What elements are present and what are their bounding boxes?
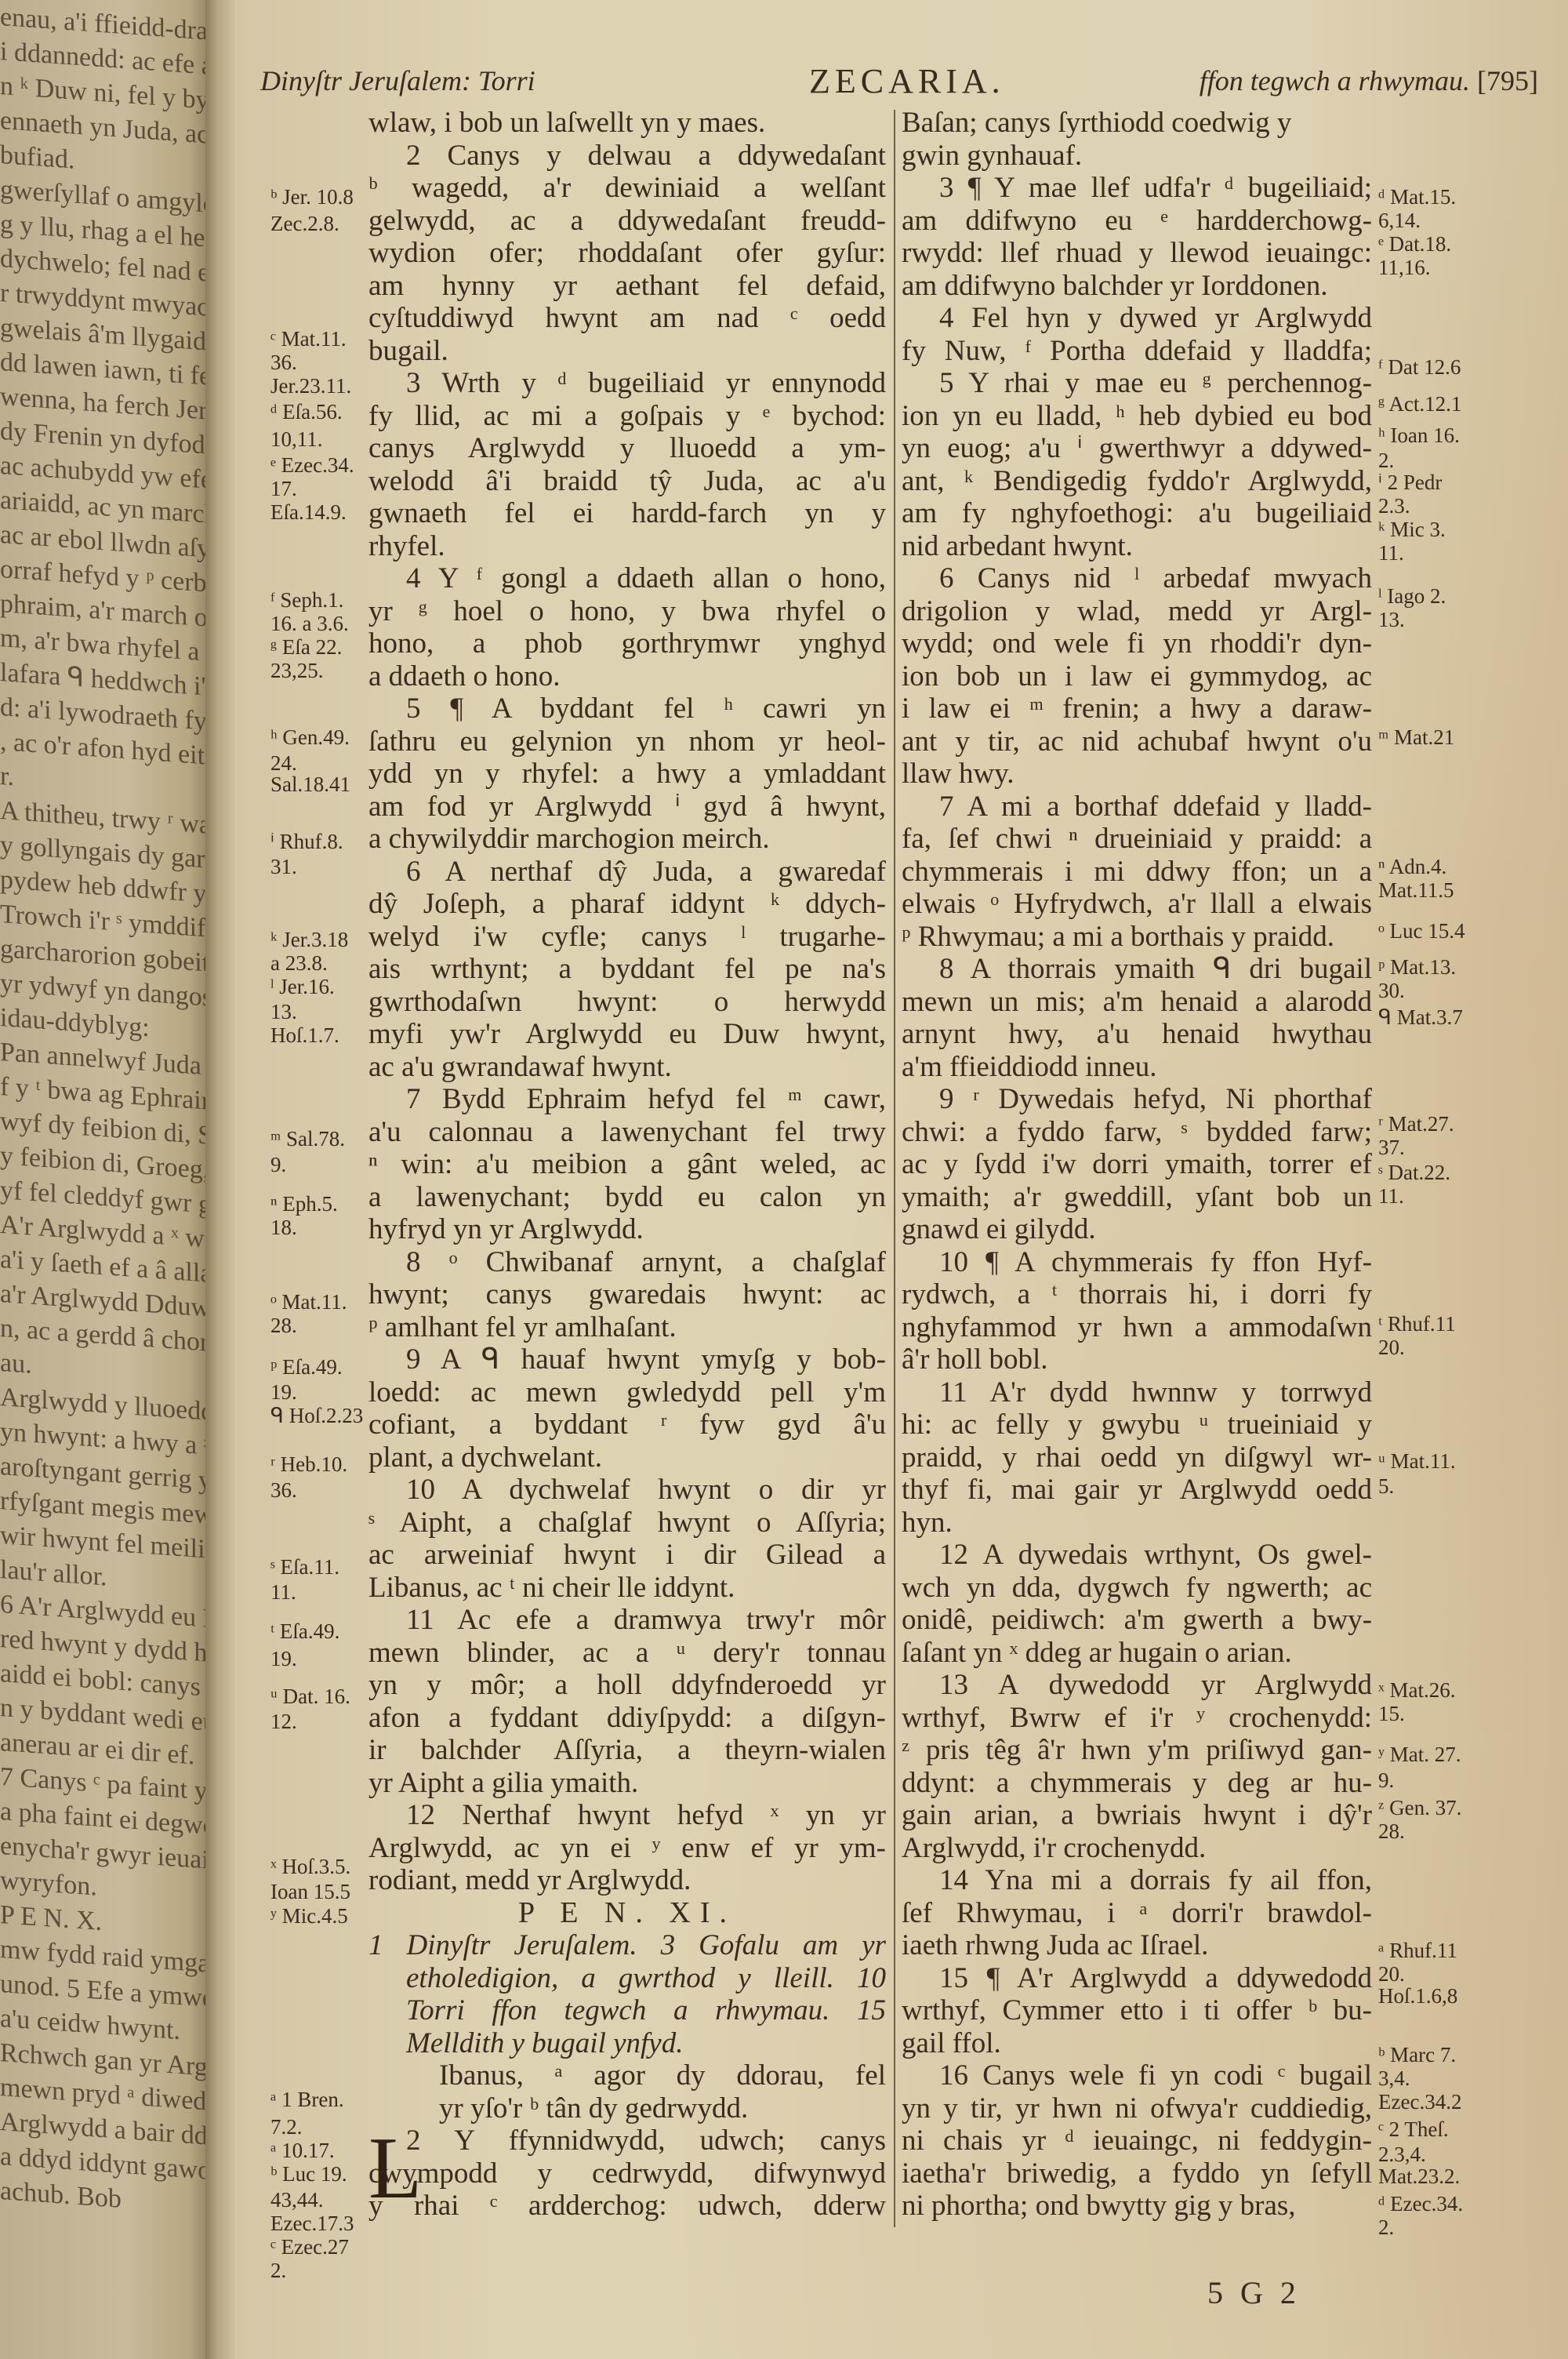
cross-reference: 15. (1378, 1702, 1405, 1725)
left-text-column: wlaw, i bob un laſwellt yn y maes.2 Cany… (368, 107, 886, 2223)
text-line: ymaith; a'r gweddill, yſant bob un (902, 1181, 1372, 1214)
cross-reference: ᵃ Rhuf.11 (1378, 1939, 1457, 1962)
text-line: 9 ʳ Dywedais hefyd, Ni phorthaf (902, 1083, 1372, 1116)
text-line: 12 A dywedais wrthynt, Os gwel- (902, 1539, 1372, 1572)
cross-reference: 37. (1378, 1136, 1405, 1159)
text-line: ant y tir, ac nid achubaf hwynt o'u (902, 725, 1372, 758)
text-line: plant, a dychwelant. (368, 1441, 886, 1474)
cross-reference: 5. (1378, 1474, 1394, 1498)
cross-reference: 43,44. (270, 2188, 324, 2212)
cross-reference: 2.3,4. (1378, 2143, 1426, 2166)
cross-reference: ᑫ Hoſ.2.23 (270, 1404, 363, 1427)
cross-reference: ᵍ Act.12.1 (1378, 392, 1461, 416)
text-line: 14 Yna mi a dorrais fy ail ffon, (902, 1864, 1372, 1897)
text-line: ᵇ wagedd, a'r dewiniaid a welſant (368, 172, 886, 205)
text-line: hyn. (902, 1507, 1372, 1539)
cross-reference: ᵃ 10.17. (270, 2139, 335, 2162)
text-line: gain arian, a bwriais hwynt i dŷ'r (902, 1799, 1372, 1832)
text-line: wydd; ond wele fi yn rhoddi'r dyn- (902, 627, 1372, 660)
text-line: ⁿ win: a'u meibion a gânt weled, ac (368, 1148, 886, 1181)
text-line: wrthyf, Cymmer etto i ti offer ᵇ bu- (902, 1994, 1372, 2027)
text-line: 4 Y ᶠ gongl a ddaeth allan o hono, (368, 562, 886, 595)
text-line: rhyfel. (368, 530, 886, 563)
text-line: gnawd ei gilydd. (902, 1213, 1372, 1246)
cross-reference: ᵃ 1 Bren. (270, 2088, 344, 2111)
text-line: am fy nghyfoethogi: a'u bugeiliaid (902, 497, 1372, 530)
cross-reference: 9. (270, 1153, 286, 1176)
text-line: etholedigion, a gwrthod y lleill. 10 (368, 1962, 886, 1995)
text-line: ant, ᵏ Bendigedig fyddo'r Arglwydd, (902, 465, 1372, 498)
text-line: 1 Dinyſtr Jeruſalem. 3 Gofalu am yr (368, 1929, 886, 1962)
text-line: 3 ¶ Y mae llef udfa'r ᵈ bugeiliaid; (902, 172, 1372, 205)
text-line: Baſan; canys ſyrthiodd coedwig y (902, 107, 1372, 140)
text-line: fa, ſef chwi ⁿ drueiniaid y praidd: a (902, 823, 1372, 856)
text-line: elwais ᵒ Hyfrydwch, a'r llall a elwais (902, 888, 1372, 921)
text-line: hwynt; canys gwaredais hwynt: ac (368, 1278, 886, 1311)
header-right-text: ffon tegwch a rhwymau. (1200, 65, 1470, 96)
text-line: y rhai ᶜ ardderchog: udwch, dderw (368, 2190, 886, 2223)
cross-reference: ᵒ Mat.11. (270, 1290, 347, 1314)
text-line: a chywilyddir marchogion meirch. (368, 823, 886, 856)
text-line: ddynt: a chymmerais y deg ar hu- (902, 1767, 1372, 1800)
cross-reference: 28. (270, 1314, 297, 1337)
text-line: loedd: ac mewn gwledydd pell y'm (368, 1376, 886, 1409)
cross-reference: 11,16. (1378, 256, 1431, 279)
cross-reference: 3,4. (1378, 2066, 1410, 2090)
text-line: chwi: a fyddo farw, ˢ bydded farw; (902, 1116, 1372, 1149)
cross-reference: ᵒ Luc 15.4 (1378, 919, 1465, 943)
text-line: gwnaeth fel ei hardd-farch yn y (368, 497, 886, 530)
text-line: Libanus, ac ᵗ ni cheir lle iddynt. (368, 1572, 886, 1605)
text-line: yn y môr; a holl ddyfnderoedd yr (368, 1669, 886, 1702)
cross-reference: ʰ Ioan 16. (1378, 423, 1460, 447)
text-line: 2 Y ffynnidwydd, udwch; canys (368, 2125, 886, 2157)
text-line: bugail. (368, 335, 886, 368)
text-line: yn y tir, yr hwn ni ofwya'r cuddiedig, (902, 2092, 1372, 2125)
text-line: iaetha'r briwedig, a fyddo yn ſefyll (902, 2157, 1372, 2190)
cross-reference: ᶠ Dat 12.6 (1378, 355, 1461, 379)
text-line: welyd i'w cyfle; canys ˡ trugarhe- (368, 921, 886, 954)
cross-reference: 11. (1378, 541, 1404, 565)
cross-reference: Ezec.34.2 (1378, 2090, 1461, 2114)
text-line: 10 A dychwelaf hwynt o dir yr (368, 1474, 886, 1507)
text-line: 6 Canys nid ˡ arbedaf mwyach (902, 562, 1372, 595)
cross-reference: 24. (270, 751, 297, 775)
text-line: a ddaeth o hono. (368, 660, 886, 693)
cross-reference: Hoſ.1.6,8 (1378, 1984, 1457, 2008)
cross-reference: 20. (1378, 1336, 1405, 1359)
cross-reference: Eſa.14.9. (270, 500, 347, 524)
cross-reference: 36. (270, 351, 297, 374)
cross-reference: 13. (1378, 608, 1405, 631)
text-line: 2 Canys y delwau a ddywedaſant (368, 140, 886, 173)
cross-reference: Ezec.17.3 (270, 2212, 354, 2235)
cross-reference: 7.2. (270, 2115, 303, 2139)
cross-reference: Hoſ.1.7. (270, 1023, 339, 1047)
text-line: am ddifwyno balchder yr Iorddonen. (902, 270, 1372, 303)
cross-reference: Jer.23.11. (270, 374, 351, 398)
cross-reference: ᶜ 2 Theſ. (1378, 2117, 1449, 2141)
text-line: cofiant, a byddant ʳ fyw gyd â'u (368, 1408, 886, 1441)
cross-reference: ˣ Hoſ.3.5. (270, 1855, 350, 1878)
text-line: 16 Canys wele fi yn codi ᶜ bugail (902, 2059, 1372, 2092)
cross-reference: 12. (270, 1710, 297, 1733)
drop-cap-initial: L (368, 2129, 422, 2208)
cross-reference: ᶠ Seph.1. (270, 588, 343, 612)
text-line: ſathru eu gelynion yn nhom yr heol- (368, 725, 886, 758)
cross-reference: ᵇ Marc 7. (1378, 2043, 1456, 2066)
text-line: chymmerais i mi ddwy ffon; un a (902, 856, 1372, 889)
text-line: a lawenychant; bydd eu calon yn (368, 1181, 886, 1214)
text-line: wlaw, i bob un laſwellt yn y maes. (368, 107, 886, 140)
text-line: hyfryd yn yr Arglwydd. (368, 1213, 886, 1246)
text-line: wrthyf, Bwrw ef i'r ʸ crochenydd: (902, 1702, 1372, 1735)
cross-reference: 16. a 3.6. (270, 612, 349, 635)
running-header: Dinyſtr Jeruſalem: Torri ZECARIA. ffon t… (260, 61, 1538, 108)
text-line: ais wrthynt; a byddant fel pe na's (368, 953, 886, 986)
text-line: gwin gynhauaf. (902, 140, 1372, 173)
text-line: 13 A dywedodd yr Arglwydd (902, 1669, 1372, 1702)
text-line: 5 Y rhai y mae eu ᵍ perchennog- (902, 367, 1372, 400)
book-gutter (205, 0, 237, 2359)
header-right-summary: ffon tegwch a rhwymau. [795] (1200, 64, 1538, 97)
text-line: wch yn dda, dygwch fy ngwerth; ac (902, 1572, 1372, 1605)
cross-reference: ᵘ Dat. 16. (270, 1685, 350, 1708)
text-line: praidd, y rhai oedd yn diſgwyl wr- (902, 1441, 1372, 1474)
text-line: mewn un mis; a'm henaid a alarodd (902, 986, 1372, 1019)
cross-reference: ᑫ Mat.3.7 (1378, 1005, 1463, 1029)
cross-reference: 2.3. (1378, 494, 1410, 518)
text-line: 10 ¶ A chymmerais fy ffon Hyf- (902, 1246, 1372, 1279)
cross-reference: 30. (1378, 979, 1405, 1002)
cross-reference: Zec.2.8. (270, 212, 339, 235)
cross-reference: ᵈ Mat.15. (1378, 185, 1456, 209)
cross-reference: 2. (270, 2259, 286, 2282)
cross-reference: 13. (270, 1000, 297, 1023)
cross-reference: 20. (1378, 1962, 1405, 1986)
text-line: 11 A'r dydd hwnnw y torrwyd (902, 1376, 1372, 1409)
cross-reference: ᶻ Gen. 37. (1378, 1796, 1461, 1819)
text-line: Arglwydd, ac yn ei ʸ enw ef yr ym- (368, 1832, 886, 1865)
cross-reference: ʳ Mat.27. (1378, 1112, 1454, 1136)
text-line: ac y ſydd i'w dorri ymaith, torrer ef (902, 1148, 1372, 1181)
text-line: a'u calonnau a lawenychant fel trwy (368, 1116, 886, 1149)
cross-reference: 23,25. (270, 659, 324, 682)
text-line: cyſtuddiwyd hwynt am nad ᶜ oedd (368, 302, 886, 335)
text-line: ir balchder Aſſyria, a theyrn-wialen (368, 1734, 886, 1767)
cross-reference: ᵏ Jer.3.18 (270, 928, 348, 951)
cross-reference: 11. (270, 1580, 296, 1604)
text-line: welodd â'i braidd tŷ Juda, ac a'u (368, 465, 886, 498)
text-line: ᵖ Rhwymau; a mi a borthais y praidd. (902, 921, 1372, 954)
text-line: dŷ Joſeph, a pharaf iddynt ᵏ ddych- (368, 888, 886, 921)
cross-reference: ⁱ Rhuf.8. (270, 830, 343, 853)
header-left-summary: Dinyſtr Jeruſalem: Torri (260, 64, 535, 97)
cross-reference: ᵈ Eſa.56. (270, 400, 343, 423)
cross-reference: ˣ Mat.26. (1378, 1678, 1456, 1702)
text-line: i law ei ᵐ frenin; a hwy a daraw- (902, 692, 1372, 725)
cross-reference: ᵗ Rhuf.11 (1378, 1312, 1456, 1336)
text-line: rwydd: llef rhuad y llewod ieuaingc: (902, 237, 1372, 270)
text-line: drigolion y wlad, medd yr Argl- (902, 595, 1372, 628)
text-line: afon a fyddant ddiyſpydd: a diſgyn- (368, 1702, 886, 1735)
text-line: ni phortha; ond bwytty gig y bras, (902, 2190, 1372, 2223)
text-line: ydd yn y rhyfel: a hwy a ymladdant (368, 758, 886, 791)
cross-reference: ᶜ Mat.11. (270, 327, 347, 351)
text-line: 5 ¶ A byddant fel ʰ cawri yn (368, 692, 886, 725)
text-line: yr Aipht a gilia ymaith. (368, 1767, 886, 1800)
cross-reference: 18. (270, 1216, 297, 1239)
text-line: 12 Nerthaf hwynt hefyd ˣ yn yr (368, 1799, 886, 1832)
cross-reference: ʸ Mic.4.5 (270, 1904, 348, 1928)
cross-reference: ʰ Gen.49. (270, 725, 350, 749)
text-line: 15 ¶ A'r Arglwydd a ddywedodd (902, 1962, 1372, 1995)
cross-reference: 36. (270, 1478, 297, 1502)
cross-reference: ⁿ Eph.5. (270, 1192, 338, 1216)
text-line: yn euog; a'u ⁱ gwerthwyr a ddywed- (902, 432, 1372, 465)
page-number: [795] (1477, 65, 1538, 96)
text-line: P E N. XI. (368, 1897, 886, 1930)
cross-reference: 9. (1378, 1768, 1394, 1792)
text-line: nid arbedant hwynt. (902, 530, 1372, 563)
cross-reference: ⁱ 2 Pedr (1378, 471, 1442, 494)
cross-reference: Mat.23.2. (1378, 2165, 1460, 2188)
text-line: am ddifwyno eu ᵉ hardderchowg- (902, 205, 1372, 238)
text-line: rydwch, a ᵗ thorrais hi, i dorri fy (902, 1278, 1372, 1311)
text-line: ion bob un i law ei gymmydog, ac (902, 660, 1372, 693)
cross-reference: 17. (270, 477, 297, 500)
cross-reference: ᵉ Dat.18. (1378, 232, 1451, 256)
text-line: nghyfammod yr hwn a ammodaſwn (902, 1311, 1372, 1344)
text-line: 7 Bydd Ephraim hefyd fel ᵐ cawr, (368, 1083, 886, 1116)
column-divider (894, 110, 895, 2227)
cross-reference: ᵏ Mic 3. (1378, 518, 1446, 541)
book-title: ZECARIA. (809, 61, 1005, 101)
text-line: hono, a phob gorthrymwr ynghyd (368, 627, 886, 660)
cross-reference: ⁿ Adn.4. (1378, 855, 1446, 878)
text-line: gail ffol. (902, 2027, 1372, 2060)
cross-reference: ˡ Jer.16. (270, 975, 335, 998)
cross-reference: ˢ Dat.22. (1378, 1161, 1450, 1184)
cross-reference: 28. (1378, 1819, 1405, 1843)
text-line: ˢ Aipht, a chaſglaf hwynt o Aſſyria; (368, 1507, 886, 1539)
cross-reference: 6,14. (1378, 209, 1421, 232)
cross-reference: 2. (1378, 2215, 1394, 2239)
text-line: ac arweiniaf hwynt i dir Gilead a (368, 1539, 886, 1572)
cross-reference: ᵍ Eſa 22. (270, 635, 342, 659)
cross-reference: 19. (270, 1647, 297, 1670)
text-line: yr yſo'r ᵇ tân dy gedrwydd. (368, 2092, 886, 2125)
text-line: gwrthodaſwn hwynt: o herwydd (368, 986, 886, 1019)
text-line: Melldith y bugail ynfyd. (368, 2027, 886, 2060)
text-line: ſaſant yn ˣ ddeg ar hugain o arian. (902, 1637, 1372, 1670)
text-line: gelwydd, ac a ddywedaſant freudd- (368, 205, 886, 238)
text-line: ᶻ pris têg â'r hwn y'm priſiwyd gan- (902, 1734, 1372, 1767)
text-line: ac a'u gwrandawaf hwynt. (368, 1051, 886, 1084)
cross-reference: ᵈ Ezec.34. (1378, 2192, 1463, 2215)
text-line: 11 Ac efe a dramwya trwy'r môr (368, 1604, 886, 1637)
text-line: am fod yr Arglwydd ⁱ gyd â hwynt, (368, 791, 886, 823)
text-line: Ibanus, ᵃ agor dy ddorau, fel (368, 2059, 886, 2092)
text-line: myfi yw'r Arglwydd eu Duw hwynt, (368, 1018, 886, 1051)
cross-reference: ᵇ Jer. 10.8 (270, 185, 354, 209)
cross-reference: 31. (270, 855, 297, 878)
text-line: Torri ffon tegwch a rhwymau. 15 (368, 1994, 886, 2027)
cross-reference: 2. (1378, 449, 1394, 472)
text-line: hi: ac felly y gwybu ᵘ trueiniaid y (902, 1408, 1372, 1441)
cross-reference: ʳ Heb.10. (270, 1452, 347, 1476)
text-line: thyf fi, mai gair yr Arglwydd oedd (902, 1474, 1372, 1507)
cross-reference: ᵖ Eſa.49. (270, 1355, 343, 1379)
text-line: ſef Rhwymau, i ᵃ dorri'r brawdol- (902, 1897, 1372, 1930)
cross-reference: 19. (270, 1380, 297, 1404)
facing-page: enau, a'i ffieidd-dra oddi-i ddannedd: a… (0, 0, 205, 2359)
text-line: fy llid, ac mi a goſpais y ᵉ bychod: (368, 400, 886, 433)
cross-reference: ᵖ Mat.13. (1378, 955, 1456, 979)
text-line: wydion ofer; rhoddaſant ofer gyſur: (368, 237, 886, 270)
text-line: rodiant, medd yr Arglwydd. (368, 1864, 886, 1897)
cross-reference: ᵘ Mat.11. (1378, 1449, 1456, 1473)
cross-reference: Ioan 15.5 (270, 1880, 350, 1903)
cross-reference: ᵐ Sal.78. (270, 1127, 345, 1150)
cross-reference: Mat.11.5 (1378, 878, 1454, 902)
text-line: yr ᵍ hoel o hono, y bwa rhyfel o (368, 595, 886, 628)
text-line: 7 A mi a borthaf ddefaid y lladd- (902, 791, 1372, 823)
text-line: â'r holl bobl. (902, 1343, 1372, 1376)
cross-reference: ᶜ Ezec.27 (270, 2235, 349, 2259)
text-line: 9 A ᑫ hauaf hwynt ymyſg y bob- (368, 1343, 886, 1376)
cross-reference: 10,11. (270, 427, 323, 451)
text-line: ion yn eu lladd, ʰ heb dybied eu bod (902, 400, 1372, 433)
cross-reference: ᵐ Mat.21 (1378, 725, 1454, 749)
cross-reference: ˡ Iago 2. (1378, 584, 1446, 608)
cross-reference: ᵇ Luc 19. (270, 2162, 347, 2186)
text-line: onidê, peidiwch: a'm gwerth a bwy- (902, 1604, 1372, 1637)
cross-reference: ᵗ Eſa.49. (270, 1619, 339, 1643)
text-line: 8 ᵒ Chwibanaf arnynt, a chaſglaf (368, 1246, 886, 1279)
text-line: Arglwydd, i'r crochenydd. (902, 1832, 1372, 1865)
text-line: ᵖ amlhant fel yr amlhaſant. (368, 1311, 886, 1344)
cross-reference: 11. (1378, 1184, 1404, 1208)
text-line: iaeth rhwng Juda ac Iſrael. (902, 1929, 1372, 1962)
cross-reference: ʸ Mat. 27. (1378, 1743, 1461, 1766)
text-line: 4 Fel hyn y dywed yr Arglwydd (902, 302, 1372, 335)
text-line: 3 Wrth y ᵈ bugeiliaid yr ennynodd (368, 367, 886, 400)
cross-reference: ᵉ Ezec.34. (270, 453, 354, 477)
text-line: canys Arglwydd y lluoedd a ym- (368, 432, 886, 465)
text-line: fy Nuw, ᶠ Portha ddefaid y lladdfa; (902, 335, 1372, 368)
text-line: cwympodd y cedrwydd, difwynwyd (368, 2157, 886, 2190)
text-line: a'm ffieiddiodd inneu. (902, 1051, 1372, 1084)
text-line: mewn blinder, ac a ᵘ dery'r tonnau (368, 1637, 886, 1670)
cross-reference: a 23.8. (270, 951, 328, 975)
text-line: arnynt hwy, a'u henaid hwythau (902, 1018, 1372, 1051)
cross-reference: Sal.18.41 (270, 772, 350, 796)
right-text-column: Baſan; canys ſyrthiodd coedwig ygwin gyn… (902, 107, 1372, 2223)
text-line: 8 A thorrais ymaith ᑫ dri bugail (902, 953, 1372, 986)
cross-reference: ˢ Eſa.11. (270, 1555, 339, 1579)
text-line: 6 A nerthaf dŷ Juda, a gwaredaf (368, 856, 886, 889)
facing-page-text: enau, a'i ffieidd-dra oddi-i ddannedd: a… (0, 0, 205, 2208)
text-line: llaw hwy. (902, 758, 1372, 791)
text-line: ni chais yr ᵈ ieuaingc, ni feddygin- (902, 2125, 1372, 2157)
signature-mark: 5 G 2 (1207, 2274, 1301, 2311)
text-line: am hynny yr aethant fel defaid, (368, 270, 886, 303)
